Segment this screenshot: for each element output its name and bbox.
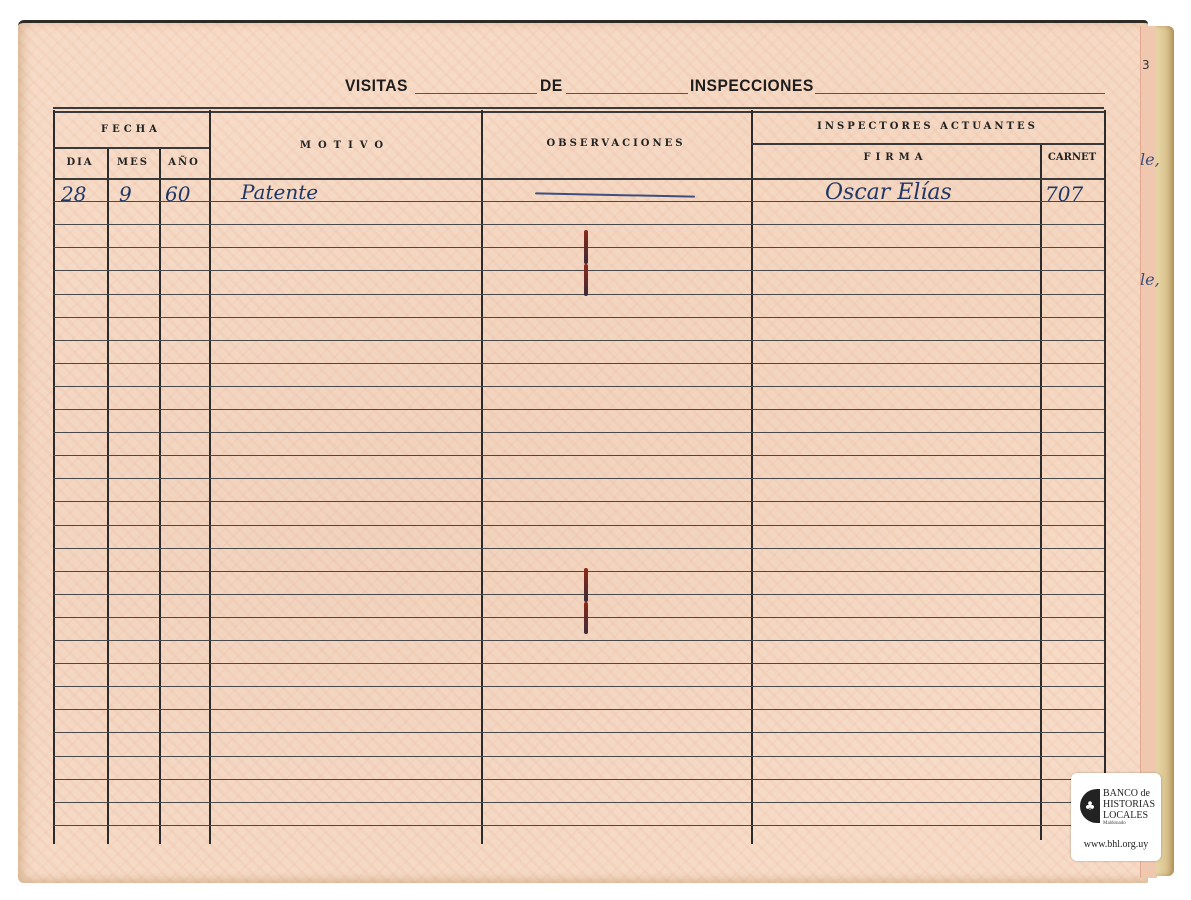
table-row-line <box>53 247 1104 248</box>
table-row-line <box>53 617 1104 618</box>
binding-stitch <box>584 264 588 296</box>
table-border-left <box>53 110 55 844</box>
cell-observaciones-dash <box>535 192 695 197</box>
logo-url: www.bhl.org.uy <box>1071 839 1161 850</box>
table-row-line <box>53 455 1104 456</box>
table-row-line <box>53 340 1104 341</box>
cell-carnet: 707 <box>1045 182 1083 206</box>
col-divider-motivo-obs <box>481 110 483 844</box>
cell-dia: 28 <box>61 182 86 206</box>
tree-icon: ♣ <box>1080 789 1100 823</box>
table-top-border <box>53 107 1104 109</box>
logo-line-2: HISTORIAS <box>1103 799 1155 810</box>
table-row-line <box>53 294 1104 295</box>
table-row-line <box>53 571 1104 572</box>
margin-note: le, <box>1140 270 1160 289</box>
inspections-table: FECHA DIA MES AÑO MOTIVO OBSERVACIONES I… <box>53 110 1104 844</box>
table-row-line <box>53 548 1104 549</box>
title-blank-line <box>566 93 688 94</box>
table-row-line <box>53 686 1104 687</box>
title-inspecciones: INSPECCIONES <box>690 76 814 96</box>
fecha-header-divider <box>53 147 209 149</box>
col-divider-obs-firma <box>751 110 753 844</box>
header-mes: MES <box>107 157 159 168</box>
table-row-line <box>53 386 1104 387</box>
header-dia: DIA <box>53 157 107 168</box>
page-number: 3 <box>1142 58 1150 72</box>
table-row-line <box>53 825 1104 826</box>
table-row-line <box>53 779 1104 780</box>
table-row-line <box>53 501 1104 502</box>
bhl-watermark-logo: ♣ BANCO de HISTORIAS LOCALES Maldonado w… <box>1071 773 1161 861</box>
table-border-right <box>1104 110 1106 840</box>
header-observaciones: OBSERVACIONES <box>481 138 751 149</box>
table-row-line <box>53 317 1104 318</box>
inspectores-header-divider <box>751 143 1104 145</box>
title-de: DE <box>540 76 563 96</box>
table-row-line <box>53 478 1104 479</box>
table-row-line <box>53 363 1104 364</box>
table-row-line <box>53 409 1104 410</box>
header-fecha: FECHA <box>53 124 209 135</box>
binding-stitch <box>584 568 588 602</box>
table-row-line <box>53 663 1104 664</box>
cell-ano: 60 <box>165 182 190 206</box>
binding-stitch <box>584 230 588 264</box>
header-motivo: MOTIVO <box>209 140 481 151</box>
table-row-line <box>53 201 1104 202</box>
table-row-line <box>53 224 1104 225</box>
logo-line-1: BANCO de <box>1103 788 1155 799</box>
title-visitas: VISITAS <box>345 76 408 96</box>
table-row-line <box>53 525 1104 526</box>
title-blank-line <box>815 93 1105 94</box>
header-ano: AÑO <box>159 157 209 168</box>
logo-line-3: LOCALES <box>1103 810 1155 821</box>
table-row-line <box>53 802 1104 803</box>
cell-mes: 9 <box>119 182 132 206</box>
table-row-line <box>53 756 1104 757</box>
margin-note: le, <box>1140 150 1160 169</box>
logo-subtitle: Maldonado <box>1103 821 1126 826</box>
header-firma: FIRMA <box>751 152 1040 163</box>
col-divider-fecha-motivo <box>209 110 211 844</box>
table-row-line <box>53 732 1104 733</box>
header-carnet: CARNET <box>1040 152 1104 163</box>
title-blank-line <box>415 93 537 94</box>
table-row-line <box>53 640 1104 641</box>
logo-text: BANCO de HISTORIAS LOCALES <box>1103 788 1155 821</box>
table-row-line <box>53 270 1104 271</box>
table-row-line <box>53 594 1104 595</box>
binding-stitch <box>584 602 588 634</box>
col-divider-mes-ano <box>159 147 161 844</box>
col-divider-dia-mes <box>107 147 109 844</box>
header-inspectores-actuantes: INSPECTORES ACTUANTES <box>751 121 1104 132</box>
table-row-line <box>53 709 1104 710</box>
table-row-line <box>53 432 1104 433</box>
